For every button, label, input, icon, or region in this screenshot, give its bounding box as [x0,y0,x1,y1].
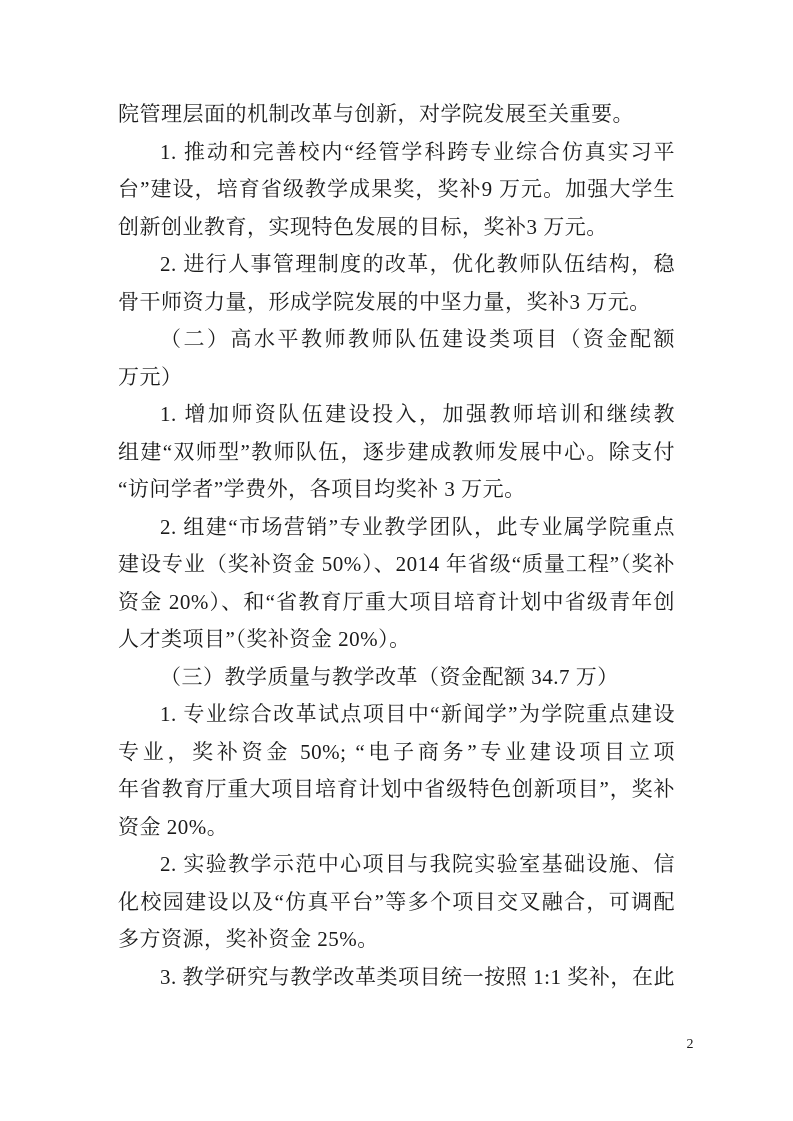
text-line: 多方资源，奖补资金 25%。 [118,921,675,959]
text-line: 创新创业教育，实现特色发展的目标，奖补3 万元。 [118,209,675,247]
text-line: 年省教育厅重大项目培育计划中省级特色创新项目”，奖补 [118,771,675,809]
text-line: 院管理层面的机制改革与创新，对学院发展至关重要。 [118,96,675,134]
text-line: 台”建设，培育省级教学成果奖，奖补9 万元。加强大学生 [118,171,675,209]
text-line: 万元） [118,359,675,397]
text-line: 1. 专业综合改革试点项目中“新闻学”为学院重点建设 [118,696,675,734]
text-line: 3. 教学研究与教学改革类项目统一按照 1:1 奖补，在此 [118,959,675,997]
text-line: 资金 20%）、和“省教育厅重大项目培育计划中省级青年创新 [118,584,675,622]
text-line: 组建“双师型”教师队伍，逐步建成教师发展中心。除支付 [118,434,675,472]
text-line: （三）教学质量与教学改革（资金配额 34.7 万） [118,659,675,697]
page-number: 2 [680,1035,700,1055]
text-line: 建设专业（奖补资金 50%）、2014 年省级“质量工程”（奖补 [118,546,675,584]
text-line: 人才类项目”（奖补资金 20%）。 [118,621,675,659]
text-line: （二）高水平教师教师队伍建设类项目（资金配额 20.7 [118,321,675,359]
text-line: 骨干师资力量，形成学院发展的中坚力量，奖补3 万元。 [118,284,675,322]
text-line: 1. 增加师资队伍建设投入，加强教师培训和继续教育， [118,396,675,434]
text-line: 2. 实验教学示范中心项目与我院实验室基础设施、信息 [118,846,675,884]
document-page: 院管理层面的机制改革与创新，对学院发展至关重要。 1. 推动和完善校内“经管学科… [0,0,793,1121]
text-line: 专业，奖补资金 50%; “电子商务”专业建设项目立项为“2014 [118,734,675,772]
text-line: 资金 20%。 [118,809,675,847]
text-line: 1. 推动和完善校内“经管学科跨专业综合仿真实习平 [118,134,675,172]
text-line: “访问学者”学费外，各项目均奖补 3 万元。 [118,471,675,509]
text-line: 2. 组建“市场营销”专业教学团队，此专业属学院重点 [118,509,675,547]
document-body: 院管理层面的机制改革与创新，对学院发展至关重要。 1. 推动和完善校内“经管学科… [118,96,675,996]
text-line: 2. 进行人事管理制度的改革，优化教师队伍结构，稳定 [118,246,675,284]
text-line: 化校园建设以及“仿真平台”等多个项目交叉融合，可调配 [118,884,675,922]
